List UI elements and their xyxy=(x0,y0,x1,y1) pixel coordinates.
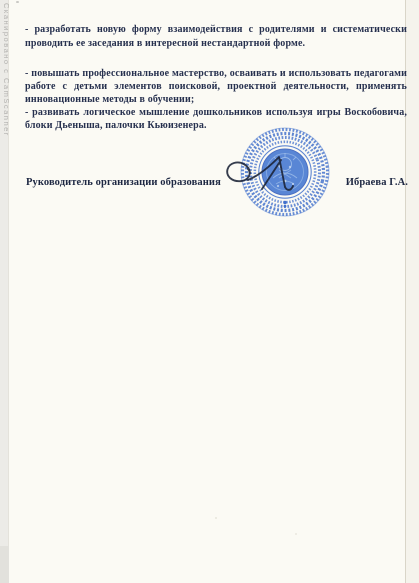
document-paragraph-2: - повышать профессиональное мастерство, … xyxy=(25,67,407,106)
signature-role-label: Руководитель организации образования xyxy=(26,177,221,188)
document-body: - разработать новую форму взаимодействия… xyxy=(25,23,407,132)
seal-bottom-ornament xyxy=(283,201,286,208)
document-paragraph-3: - развивать логическое мышление дошкольн… xyxy=(25,106,407,132)
text-line: - повышать профессиональное мастерство, … xyxy=(25,67,407,80)
signatory-name: Ибраева Г.А. xyxy=(346,177,408,188)
text-line: - развивать логическое мышление дошкольн… xyxy=(25,106,407,119)
pen-signature-scribble xyxy=(224,152,306,198)
camscanner-watermark-text: Сканировано с CamScanner xyxy=(2,3,11,137)
scan-speck xyxy=(215,517,217,519)
scanned-document-page: Сканировано с CamScanner - разработать н… xyxy=(0,0,419,583)
text-line: инновационные методы в обучении; xyxy=(25,93,407,106)
scan-right-edge xyxy=(406,0,419,583)
text-line: блоки Дьеныша, палочки Кьюизенера. xyxy=(25,119,407,132)
signature-row: Руководитель организации образования Ибр… xyxy=(26,177,408,188)
scan-speck xyxy=(16,1,19,3)
document-paragraph-1: - разработать новую форму взаимодействия… xyxy=(25,23,407,51)
text-line: проводить ее заседания в интересной нест… xyxy=(25,37,407,51)
scan-speck xyxy=(295,533,297,535)
text-line: работе с детьми элементов поисковой, про… xyxy=(25,80,407,93)
text-line: - разработать новую форму взаимодействия… xyxy=(25,23,407,37)
scan-left-edge-shadow xyxy=(0,546,9,583)
